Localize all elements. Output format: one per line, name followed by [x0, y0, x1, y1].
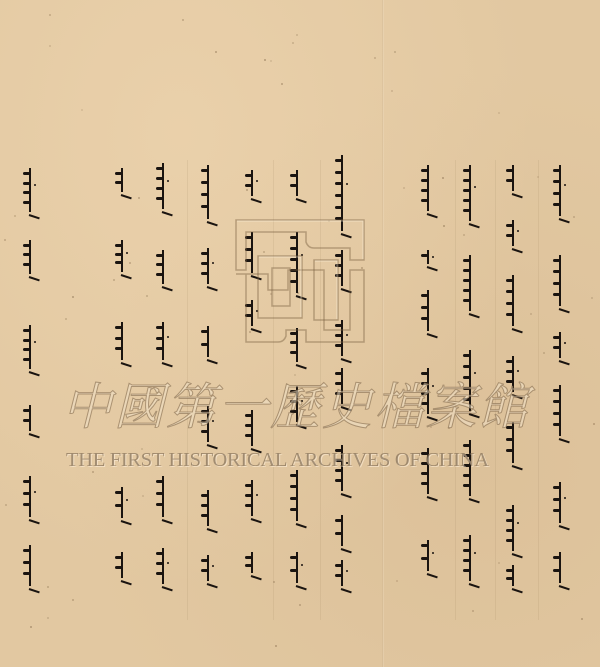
manchu-word [198, 248, 218, 288]
manchu-word [287, 470, 307, 525]
paper-speck [65, 318, 67, 320]
manchu-word [503, 275, 523, 330]
manchu-word [418, 165, 438, 215]
manchu-word [550, 385, 570, 440]
manchu-word [287, 170, 307, 200]
manchu-word [418, 290, 438, 335]
manchu-word [112, 240, 132, 276]
manchu-word [20, 325, 40, 373]
manchu-word [112, 168, 132, 196]
paper-speck [443, 225, 445, 227]
paper-speck [81, 109, 83, 111]
archive-seal-watermark-icon [228, 210, 372, 352]
manchu-word [198, 165, 218, 223]
paper-speck [581, 618, 583, 620]
manchu-word [332, 560, 352, 590]
paper-speck [72, 296, 74, 298]
paper-speck [374, 57, 376, 59]
manchu-word [460, 255, 480, 315]
paper-speck [530, 313, 532, 315]
paper-speck [14, 215, 16, 217]
manchu-word [112, 322, 132, 364]
manchu-word [198, 490, 218, 530]
paper-speck [498, 112, 500, 114]
manchu-word [153, 163, 173, 213]
manchu-word [550, 482, 570, 527]
manchu-word [460, 165, 480, 225]
manchu-word [242, 170, 262, 200]
paper-seam [382, 0, 384, 667]
paper-speck [394, 51, 396, 53]
paper-speck [49, 45, 51, 47]
manchu-word [20, 545, 40, 590]
paper-speck [391, 90, 393, 92]
manchu-word [20, 405, 40, 435]
manchu-word [460, 535, 480, 585]
manchu-word [198, 555, 218, 585]
paper-speck [472, 610, 474, 612]
paper-speck [593, 423, 595, 425]
manchu-word [332, 515, 352, 550]
paper-speck [543, 352, 545, 354]
paper-speck [215, 51, 217, 53]
paper-speck [113, 279, 115, 281]
paper-speck [49, 14, 51, 16]
paper-speck [47, 586, 49, 588]
manchu-word [550, 552, 570, 587]
paper-speck [182, 19, 184, 21]
manchu-word [242, 552, 262, 577]
paper-speck [463, 234, 465, 236]
manchu-word [153, 322, 173, 364]
manchu-word [153, 548, 173, 588]
paper-speck [275, 645, 277, 647]
manchu-word [20, 476, 40, 521]
manchu-word [112, 552, 132, 582]
manchu-word [550, 332, 570, 362]
manuscript-page: 中國第一歷史檔案館 THE FIRST HISTORICAL ARCHIVES … [0, 0, 600, 667]
manchu-word [242, 480, 262, 520]
paper-speck [537, 176, 539, 178]
watermark-chinese-text: 中國第一歷史檔案館 [62, 372, 532, 442]
paper-speck [138, 197, 140, 199]
manchu-word [20, 240, 40, 278]
paper-speck [498, 562, 500, 564]
paper-speck [396, 580, 398, 582]
paper-speck [299, 604, 301, 606]
paper-speck [273, 581, 275, 583]
paper-speck [296, 34, 298, 36]
ruled-line [538, 160, 539, 620]
paper-speck [146, 295, 148, 297]
manchu-word [503, 165, 523, 195]
manchu-word [418, 250, 438, 268]
paper-speck [30, 626, 32, 628]
paper-speck [442, 177, 444, 179]
manchu-word [550, 255, 570, 310]
paper-speck [4, 239, 6, 241]
paper-speck [292, 42, 294, 44]
manchu-word [198, 326, 218, 361]
manchu-word [503, 565, 523, 590]
paper-speck [5, 504, 7, 506]
manchu-word [503, 505, 523, 555]
paper-speck [270, 60, 272, 62]
paper-speck [573, 216, 575, 218]
paper-speck [264, 59, 266, 61]
manchu-word [112, 487, 132, 522]
paper-speck [591, 297, 593, 299]
manchu-word [20, 168, 40, 216]
watermark-english-text: THE FIRST HISTORICAL ARCHIVES OF CHINA [66, 449, 536, 472]
manchu-word [550, 165, 570, 220]
manchu-word [287, 552, 307, 587]
paper-speck [72, 599, 74, 601]
paper-speck [142, 495, 144, 497]
paper-speck [403, 187, 405, 189]
manchu-word [503, 220, 523, 250]
manchu-word [153, 476, 173, 521]
manchu-word [418, 540, 438, 575]
manchu-word [153, 250, 173, 288]
paper-speck [47, 617, 49, 619]
paper-speck [281, 83, 283, 85]
